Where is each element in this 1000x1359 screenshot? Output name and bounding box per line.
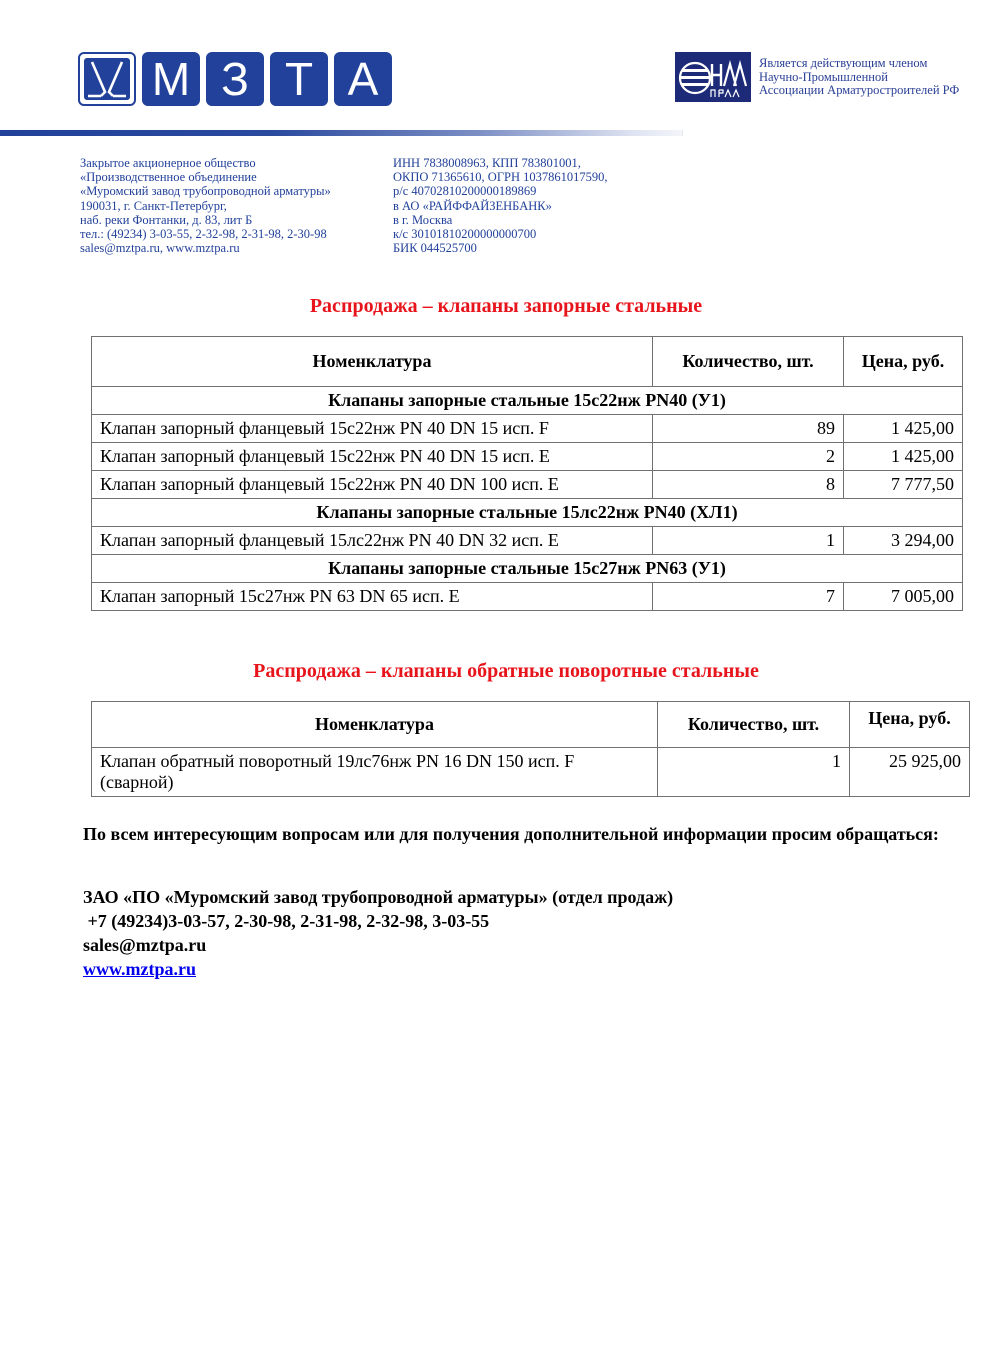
table-row: Клапан запорный 15с27нж PN 63 DN 65 исп.…	[92, 583, 963, 611]
valve-v-icon	[78, 52, 136, 106]
item-qty: 7	[653, 583, 844, 611]
info-line: в АО «РАЙФФАЙЗЕНБАНК»	[393, 199, 608, 213]
association-membership: Является действующим членом Научно-Промы…	[675, 52, 959, 102]
item-price: 25 925,00	[850, 748, 970, 797]
table-header-row: Номенклатура Количество, шт. Цена, руб.	[92, 337, 963, 387]
logo-letter: А	[334, 52, 392, 106]
item-name: Клапан запорный 15с27нж PN 63 DN 65 исп.…	[92, 583, 653, 611]
column-header-name: Номенклатура	[92, 337, 653, 387]
item-price: 7 005,00	[844, 583, 963, 611]
table-row: Клапан запорный фланцевый 15лс22нж PN 40…	[92, 527, 963, 555]
item-name: Клапан запорный фланцевый 15с22нж PN 40 …	[92, 471, 653, 499]
column-header-qty: Количество, шт.	[658, 702, 850, 748]
contact-phones: +7 (49234)3-03-57, 2-30-98, 2-31-98, 2-3…	[83, 909, 673, 933]
association-line: Является действующим членом	[759, 57, 959, 71]
info-line: наб. реки Фонтанки, д. 83, лит Б	[80, 213, 331, 227]
table-row: Клапан обратный поворотный 19лс76нж PN 1…	[92, 748, 970, 797]
company-logo: М З Т А	[78, 52, 392, 108]
item-name: Клапан запорный фланцевый 15с22нж PN 40 …	[92, 443, 653, 471]
header-divider	[0, 130, 683, 136]
table-row: Клапан запорный фланцевый 15с22нж PN 40 …	[92, 415, 963, 443]
item-price: 1 425,00	[844, 443, 963, 471]
contact-details: ЗАО «ПО «Муромский завод трубопроводной …	[83, 885, 673, 981]
table-group-row: Клапаны запорные стальные 15с22нж PN40 (…	[92, 387, 963, 415]
section-title-shutoff-valves: Распродажа – клапаны запорные стальные	[6, 295, 1000, 318]
item-name: Клапан обратный поворотный 19лс76нж PN 1…	[92, 748, 658, 797]
column-header-qty: Количество, шт.	[653, 337, 844, 387]
info-line: БИК 044525700	[393, 241, 608, 255]
company-bank-details: ИНН 7838008963, КПП 783801001, ОКПО 7136…	[393, 156, 608, 255]
info-line: р/с 40702810200000189869	[393, 184, 608, 198]
logo-letter: З	[206, 52, 264, 106]
table-header-row: Номенклатура Количество, шт. Цена, руб.	[92, 702, 970, 748]
contact-company: ЗАО «ПО «Муромский завод трубопроводной …	[83, 885, 673, 909]
item-qty: 8	[653, 471, 844, 499]
item-qty: 89	[653, 415, 844, 443]
check-valves-table: Номенклатура Количество, шт. Цена, руб. …	[91, 701, 970, 797]
group-title: Клапаны запорные стальные 15с22нж PN40 (…	[92, 387, 963, 415]
info-line: к/с 30101810200000000700	[393, 227, 608, 241]
logo-letter: М	[142, 52, 200, 106]
item-price: 1 425,00	[844, 415, 963, 443]
table-group-row: Клапаны запорные стальные 15лс22нж PN40 …	[92, 499, 963, 527]
contact-email: sales@mztpa.ru	[83, 933, 673, 957]
info-line: «Муромский завод трубопроводной арматуры…	[80, 184, 331, 198]
item-price: 7 777,50	[844, 471, 963, 499]
item-name: Клапан запорный фланцевый 15лс22нж PN 40…	[92, 527, 653, 555]
website-link[interactable]: www.mztpa.ru	[83, 959, 196, 979]
info-line: 190031, г. Санкт-Петербург,	[80, 199, 331, 213]
group-title: Клапаны запорные стальные 15с27нж PN63 (…	[92, 555, 963, 583]
logo-letter: Т	[270, 52, 328, 106]
npaa-badge-icon	[675, 52, 751, 102]
info-line: в г. Москва	[393, 213, 608, 227]
contact-intro: По всем интересующим вопросам или для по…	[83, 822, 943, 846]
item-qty: 1	[653, 527, 844, 555]
table-group-row: Клапаны запорные стальные 15с27нж PN63 (…	[92, 555, 963, 583]
info-line: sales@mztpa.ru, www.mztpa.ru	[80, 241, 331, 255]
column-header-price: Цена, руб.	[844, 337, 963, 387]
info-line: ОКПО 71365610, ОГРН 1037861017590,	[393, 170, 608, 184]
info-line: ИНН 7838008963, КПП 783801001,	[393, 156, 608, 170]
item-qty: 2	[653, 443, 844, 471]
shutoff-valves-table: Номенклатура Количество, шт. Цена, руб. …	[91, 336, 963, 611]
info-line: Закрытое акционерное общество	[80, 156, 331, 170]
company-address: Закрытое акционерное общество «Производс…	[80, 156, 331, 255]
section-title-check-valves: Распродажа – клапаны обратные поворотные…	[6, 660, 1000, 683]
table-row: Клапан запорный фланцевый 15с22нж PN 40 …	[92, 471, 963, 499]
item-name: Клапан запорный фланцевый 15с22нж PN 40 …	[92, 415, 653, 443]
item-price: 3 294,00	[844, 527, 963, 555]
info-line: тел.: (49234) 3-03-55, 2-32-98, 2-31-98,…	[80, 227, 331, 241]
association-line: Научно-Промышленной	[759, 71, 959, 85]
group-title: Клапаны запорные стальные 15лс22нж PN40 …	[92, 499, 963, 527]
table-row: Клапан запорный фланцевый 15с22нж PN 40 …	[92, 443, 963, 471]
association-line: Ассоциации Арматуростроителей РФ	[759, 84, 959, 98]
column-header-price: Цена, руб.	[850, 702, 970, 748]
info-line: «Производственное объединение	[80, 170, 331, 184]
column-header-name: Номенклатура	[92, 702, 658, 748]
item-qty: 1	[658, 748, 850, 797]
